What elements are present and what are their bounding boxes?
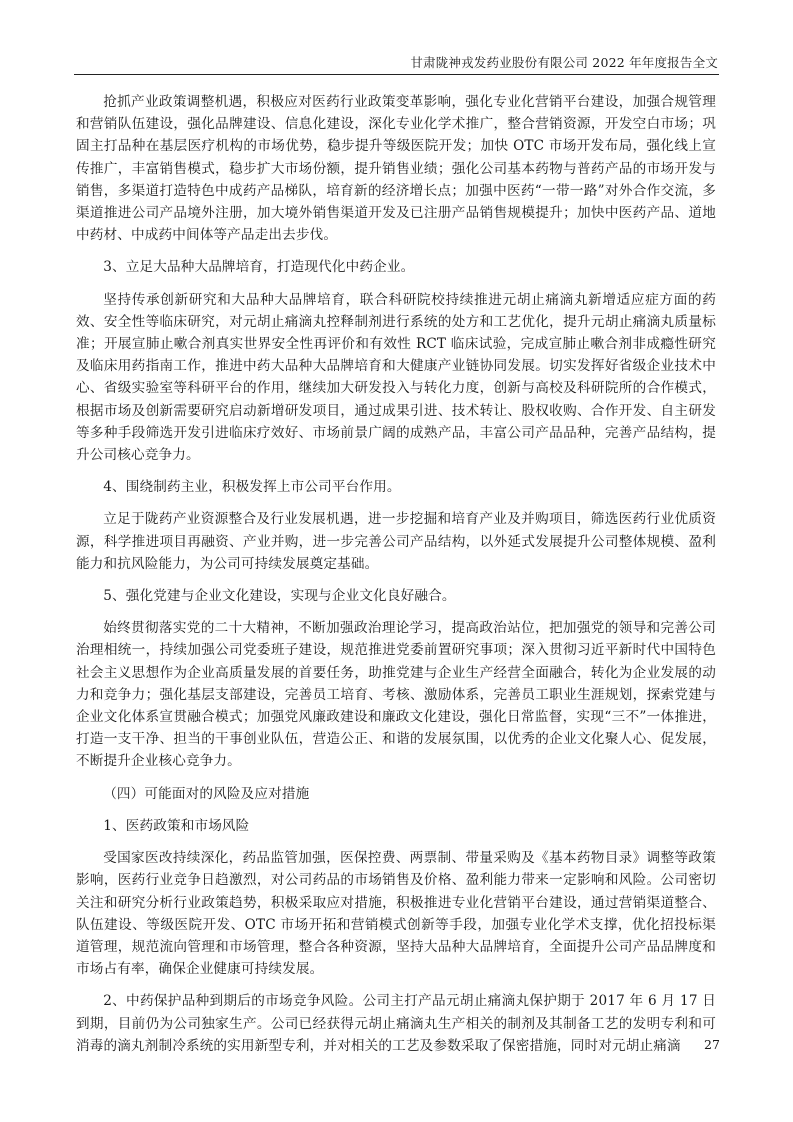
section-heading-3: 3、立足大品种大品牌培育，打造现代化中药企业。 <box>76 256 716 278</box>
page-number: 27 <box>704 1037 720 1052</box>
report-title: 甘肃陇神戎发药业股份有限公司 2022 年年度报告全文 <box>410 53 718 71</box>
paragraph-policy-risk: 受国家医改持续深化，药品监管加强，医保控费、两票制、带量采购及《基本药物目录》调… <box>76 847 716 980</box>
paragraph-protection-risk: 2、中药保护品种到期后的市场竞争风险。公司主打产品元胡止痛滴丸保护期于 2017… <box>76 990 716 1057</box>
page-header: 甘肃陇神戎发药业股份有限公司 2022 年年度报告全文 <box>74 47 719 75</box>
paragraph-platform: 立足于陇药产业资源整合及行业发展机遇，进一步挖掘和培育产业及并购项目，筛选医药行… <box>76 508 716 575</box>
risk-heading-1: 1、医药政策和市场风险 <box>76 815 716 837</box>
section-heading-risks: （四）可能面对的风险及应对措施 <box>76 783 716 805</box>
section-heading-5: 5、强化党建与企业文化建设，实现与企业文化良好融合。 <box>76 585 716 607</box>
section-heading-4: 4、围绕制药主业，积极发挥上市公司平台作用。 <box>76 476 716 498</box>
document-body: 抢抓产业政策调整机遇，积极应对医药行业政策变革影响，强化专业化营销平台建设，加强… <box>76 91 716 1067</box>
paragraph-marketing: 抢抓产业政策调整机遇，积极应对医药行业政策变革影响，强化专业化营销平台建设，加强… <box>76 91 716 246</box>
paragraph-party-culture: 始终贯彻落实党的二十大精神，不断加强政治理论学习，提高政治站位，把加强党的领导和… <box>76 617 716 772</box>
paragraph-rnd: 坚持传承创新研究和大品种大品牌培育，联合科研院校持续推进元胡止痛滴丸新增适应症方… <box>76 289 716 467</box>
